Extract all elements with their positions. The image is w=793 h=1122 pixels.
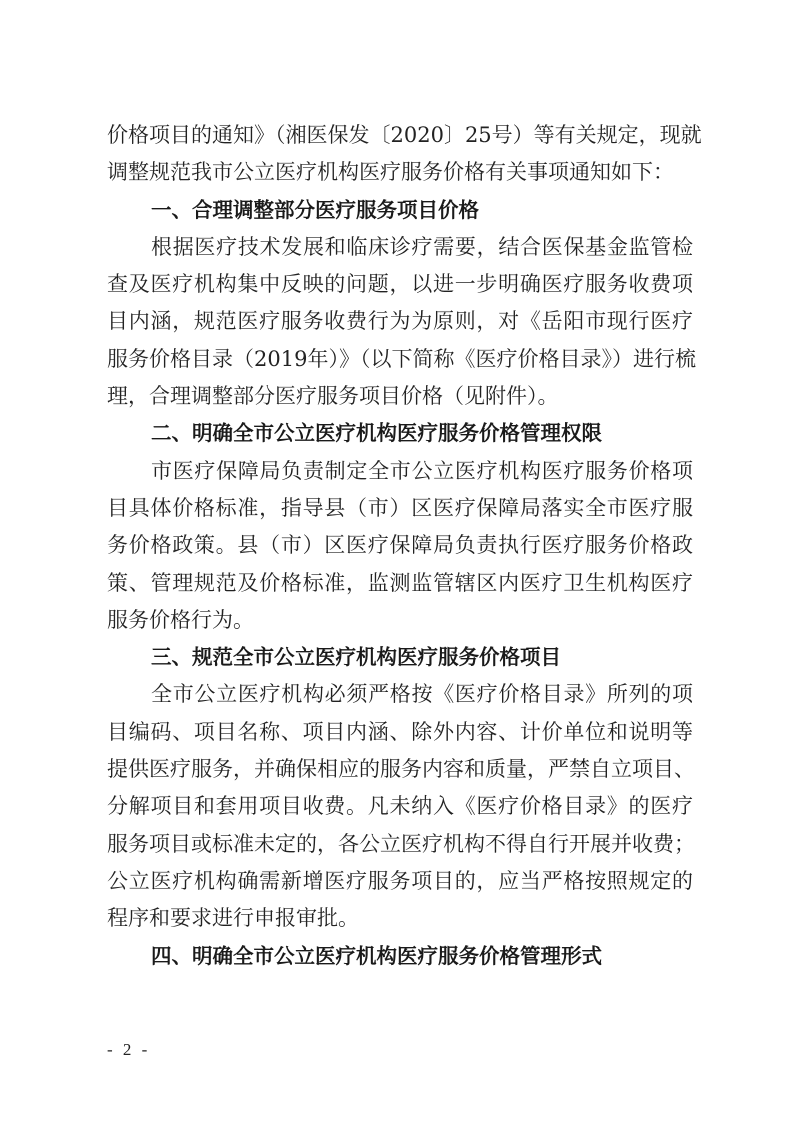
body-line: 分解项目和套用项目收费。凡未纳入《医疗价格目录》的医疗 — [107, 788, 693, 825]
body-line: 公立医疗机构确需新增医疗服务项目的，应当严格按照规定的 — [107, 863, 693, 900]
body-line: 根据医疗技术发展和临床诊疗需要，结合医保基金监管检 — [107, 229, 693, 266]
body-line: 服务项目或标准未定的，各公立医疗机构不得自行开展并收费； — [107, 826, 693, 863]
body-line: 提供医疗服务，并确保相应的服务内容和质量，严禁自立项目、 — [107, 751, 693, 788]
section-heading-1: 一、合理调整部分医疗服务项目价格 — [107, 192, 693, 229]
body-line: 全市公立医疗机构必须严格按《医疗价格目录》所列的项 — [107, 676, 693, 713]
body-line: 市医疗保障局负责制定全市公立医疗机构医疗服务价格项 — [107, 453, 693, 490]
body-line: 目编码、项目名称、项目内涵、除外内容、计价单位和说明等 — [107, 714, 693, 751]
body-line: 务价格政策。县（市）区医疗保障局负责执行医疗服务价格政 — [107, 527, 693, 564]
body-line: 调整规范我市公立医疗机构医疗服务价格有关事项通知如下： — [107, 154, 693, 191]
document-body: 价格项目的通知》（湘医保发〔2020〕25号）等有关规定，现就 调整规范我市公立… — [107, 117, 693, 975]
body-line: 价格项目的通知》（湘医保发〔2020〕25号）等有关规定，现就 — [107, 117, 693, 154]
body-line: 服务价格行为。 — [107, 602, 693, 639]
document-page: 价格项目的通知》（湘医保发〔2020〕25号）等有关规定，现就 调整规范我市公立… — [0, 0, 793, 1122]
body-line: 理，合理调整部分医疗服务项目价格（见附件）。 — [107, 378, 693, 415]
body-line: 策、管理规范及价格标准，监测监管辖区内医疗卫生机构医疗 — [107, 565, 693, 602]
page-number: - 2 - — [107, 1040, 150, 1060]
body-line: 查及医疗机构集中反映的问题，以进一步明确医疗服务收费项 — [107, 266, 693, 303]
body-line: 程序和要求进行申报审批。 — [107, 900, 693, 937]
section-heading-4: 四、明确全市公立医疗机构医疗服务价格管理形式 — [107, 938, 693, 975]
body-line: 服务价格目录（2019年）》（以下简称《医疗价格目录》）进行梳 — [107, 341, 693, 378]
body-line: 目内涵，规范医疗服务收费行为为原则，对《岳阳市现行医疗 — [107, 303, 693, 340]
section-heading-2: 二、明确全市公立医疗机构医疗服务价格管理权限 — [107, 415, 693, 452]
body-line: 目具体价格标准，指导县（市）区医疗保障局落实全市医疗服 — [107, 490, 693, 527]
section-heading-3: 三、规范全市公立医疗机构医疗服务价格项目 — [107, 639, 693, 676]
